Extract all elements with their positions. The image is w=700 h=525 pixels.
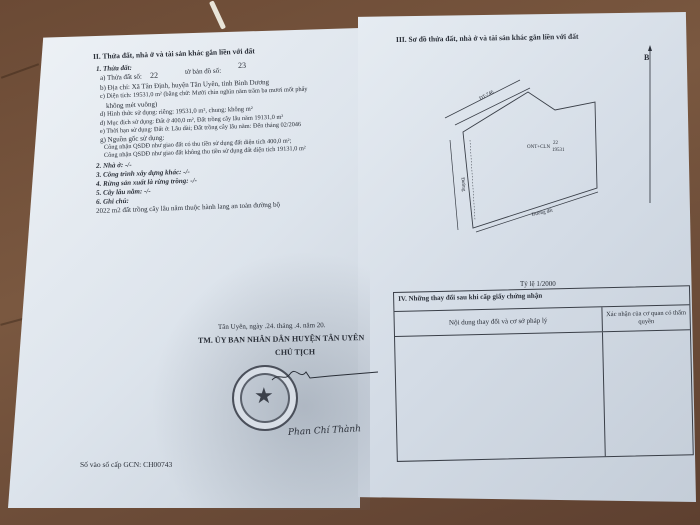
north-arrow-icon [645, 45, 655, 205]
registry-number: Số vào sổ cấp GCN: CH00743 [80, 460, 172, 469]
plot-code: ONT+CLN [527, 145, 550, 150]
map-sheet-number: 23 [238, 61, 246, 70]
plot-number-map: 22 [553, 141, 558, 146]
star-emblem-icon: ★ [254, 383, 274, 409]
confirmation-cell [603, 330, 693, 456]
cable [209, 0, 226, 29]
plot-number-label: a) Thửa đất số: [100, 73, 142, 82]
column-header-confirmation: Xác nhận của cơ quan có thẩm quyền [602, 305, 690, 331]
signature [270, 368, 380, 384]
plot-area-map: 19531 [552, 148, 565, 153]
house-item: 2. Nhà ở: -/- [96, 161, 132, 170]
plot-number: 22 [150, 71, 158, 80]
changes-table: IV. Những thay đổi sau khi cấp giấy chứn… [393, 285, 694, 462]
north-label: B [644, 53, 649, 62]
land-plot-heading: 1. Thửa đất: [96, 64, 132, 73]
land-plot-map [430, 70, 630, 245]
map-sheet-label: tờ bản đồ số: [185, 67, 221, 76]
content-cell [395, 332, 606, 461]
chairman-title: CHỦ TỊCH [275, 347, 315, 357]
notes-label: 6. Ghi chú: [96, 197, 129, 206]
column-header-content: Nội dung thay đổi và cơ sở pháp lý [394, 307, 602, 336]
map-scale: Tỷ lệ 1/2000 [520, 280, 556, 288]
